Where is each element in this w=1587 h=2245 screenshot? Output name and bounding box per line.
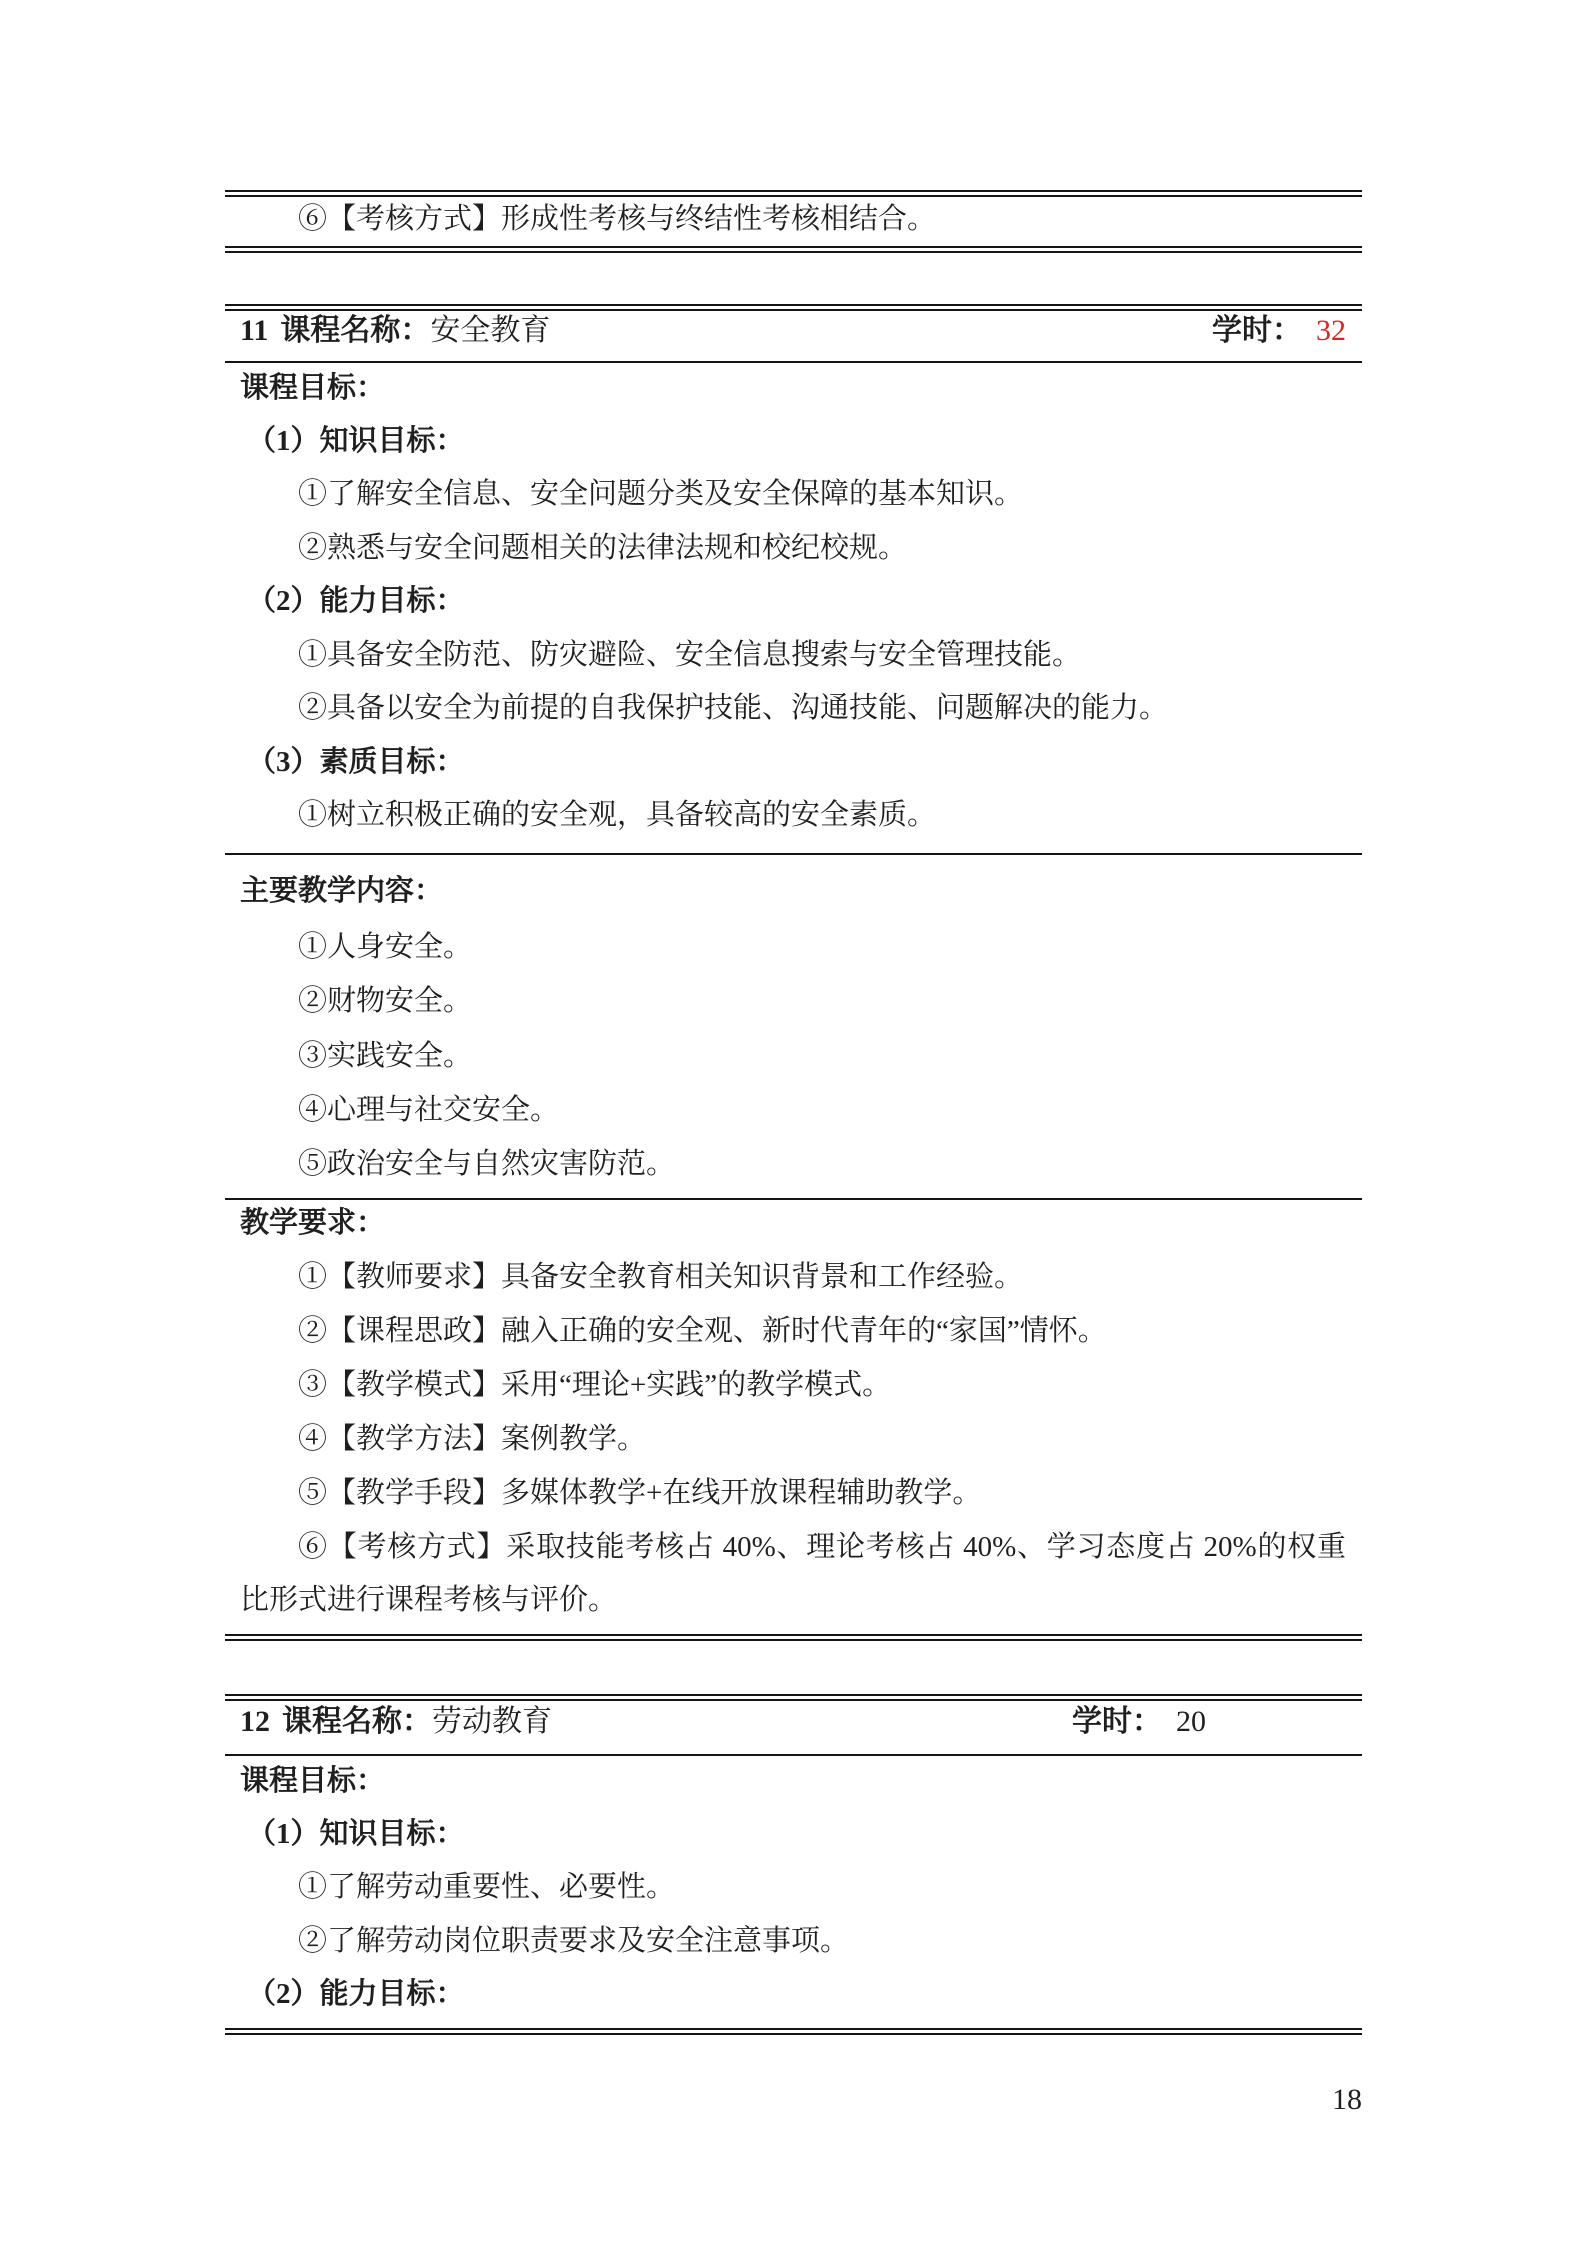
course11-content-item: ①人身安全。 — [240, 925, 1348, 969]
course12-hours: 学时：20 — [1072, 1700, 1206, 1744]
divider-double-bottom — [225, 2028, 1362, 2035]
course11-requirement-item: ①【教师要求】具备安全教育相关知识背景和工作经验。 — [240, 1255, 1348, 1299]
document-page: ⑥【考核方式】形成性考核与终结性考核相结合。 11课程名称：安全教育 学时：32… — [0, 0, 1587, 2245]
course11-goal-item: ②熟悉与安全问题相关的法律法规和校纪校规。 — [240, 526, 1348, 570]
divider-double — [225, 246, 1362, 253]
course11-goal-group1-label: （1）知识目标： — [247, 419, 1355, 463]
course12-hours-value: 20 — [1176, 1705, 1206, 1738]
course11-hours-value: 32 — [1316, 314, 1346, 347]
course11-goal-group3-label: （3）素质目标： — [247, 740, 1355, 784]
course11-content-item: ③实践安全。 — [240, 1034, 1348, 1078]
course12-hours-label: 学时： — [1072, 1705, 1162, 1738]
divider-double — [225, 1634, 1362, 1641]
course11-requirement-item: ⑤【教学手段】多媒体教学+在线开放课程辅助教学。 — [240, 1471, 1348, 1515]
course12-name-label: 课程名称： — [282, 1705, 432, 1738]
course11-requirement-item: ②【课程思政】融入正确的安全观、新时代青年的“家国”情怀。 — [240, 1309, 1348, 1353]
course12-number: 12 — [240, 1705, 270, 1738]
course11-goal-group2-label: （2）能力目标： — [247, 579, 1355, 623]
course11-content-header: 主要教学内容： — [240, 869, 1348, 913]
divider-single — [225, 1754, 1362, 1756]
course12-name: 劳动教育 — [432, 1705, 552, 1738]
prev-course-assessment-line: ⑥【考核方式】形成性考核与终结性考核相结合。 — [240, 197, 1348, 241]
course11-name: 安全教育 — [430, 314, 550, 347]
course11-goal-item: ①具备安全防范、防灾避险、安全信息搜索与安全管理技能。 — [240, 633, 1348, 677]
course11-content-item: ④心理与社交安全。 — [240, 1088, 1348, 1132]
course11-requirement-item: ③【教学模式】采用“理论+实践”的教学模式。 — [240, 1363, 1348, 1407]
course11-number: 11 — [240, 314, 268, 347]
course11-goals-header: 课程目标： — [240, 366, 1348, 410]
course12-goal-item: ①了解劳动重要性、必要性。 — [240, 1865, 1348, 1909]
course11-title-row: 11课程名称：安全教育 — [240, 309, 1348, 353]
course11-goal-item: ①了解安全信息、安全问题分类及安全保障的基本知识。 — [240, 472, 1348, 516]
page-number: 18 — [1332, 2078, 1362, 2122]
course11-requirement-item: ⑥【考核方式】采取技能考核占 40%、理论考核占 40%、学习态度占 20%的权… — [240, 1521, 1346, 1627]
divider-single — [225, 1198, 1362, 1200]
document-content: ⑥【考核方式】形成性考核与终结性考核相结合。 11课程名称：安全教育 学时：32… — [225, 0, 1362, 2245]
course12-goal-group2-label: （2）能力目标： — [247, 1972, 1355, 2016]
divider-single — [225, 853, 1362, 855]
divider-single — [225, 361, 1362, 363]
course11-name-label: 课程名称： — [280, 314, 430, 347]
course11-goal-item: ②具备以安全为前提的自我保护技能、沟通技能、问题解决的能力。 — [240, 686, 1348, 730]
course11-hours-label: 学时： — [1212, 314, 1302, 347]
course11-content-item: ②财物安全。 — [240, 979, 1348, 1023]
course11-requirement-item: ④【教学方法】案例教学。 — [240, 1417, 1348, 1461]
course11-goal-item: ①树立积极正确的安全观，具备较高的安全素质。 — [240, 793, 1348, 837]
divider-double-top — [225, 190, 1362, 197]
course12-goals-header: 课程目标： — [240, 1759, 1348, 1803]
course11-hours: 学时：32 — [1212, 309, 1346, 353]
course12-goal-item: ②了解劳动岗位职责要求及安全注意事项。 — [240, 1919, 1348, 1963]
course11-content-item: ⑤政治安全与自然灾害防范。 — [240, 1142, 1348, 1186]
course11-requirements-header: 教学要求： — [240, 1201, 1348, 1245]
course12-goal-group1-label: （1）知识目标： — [247, 1812, 1355, 1856]
